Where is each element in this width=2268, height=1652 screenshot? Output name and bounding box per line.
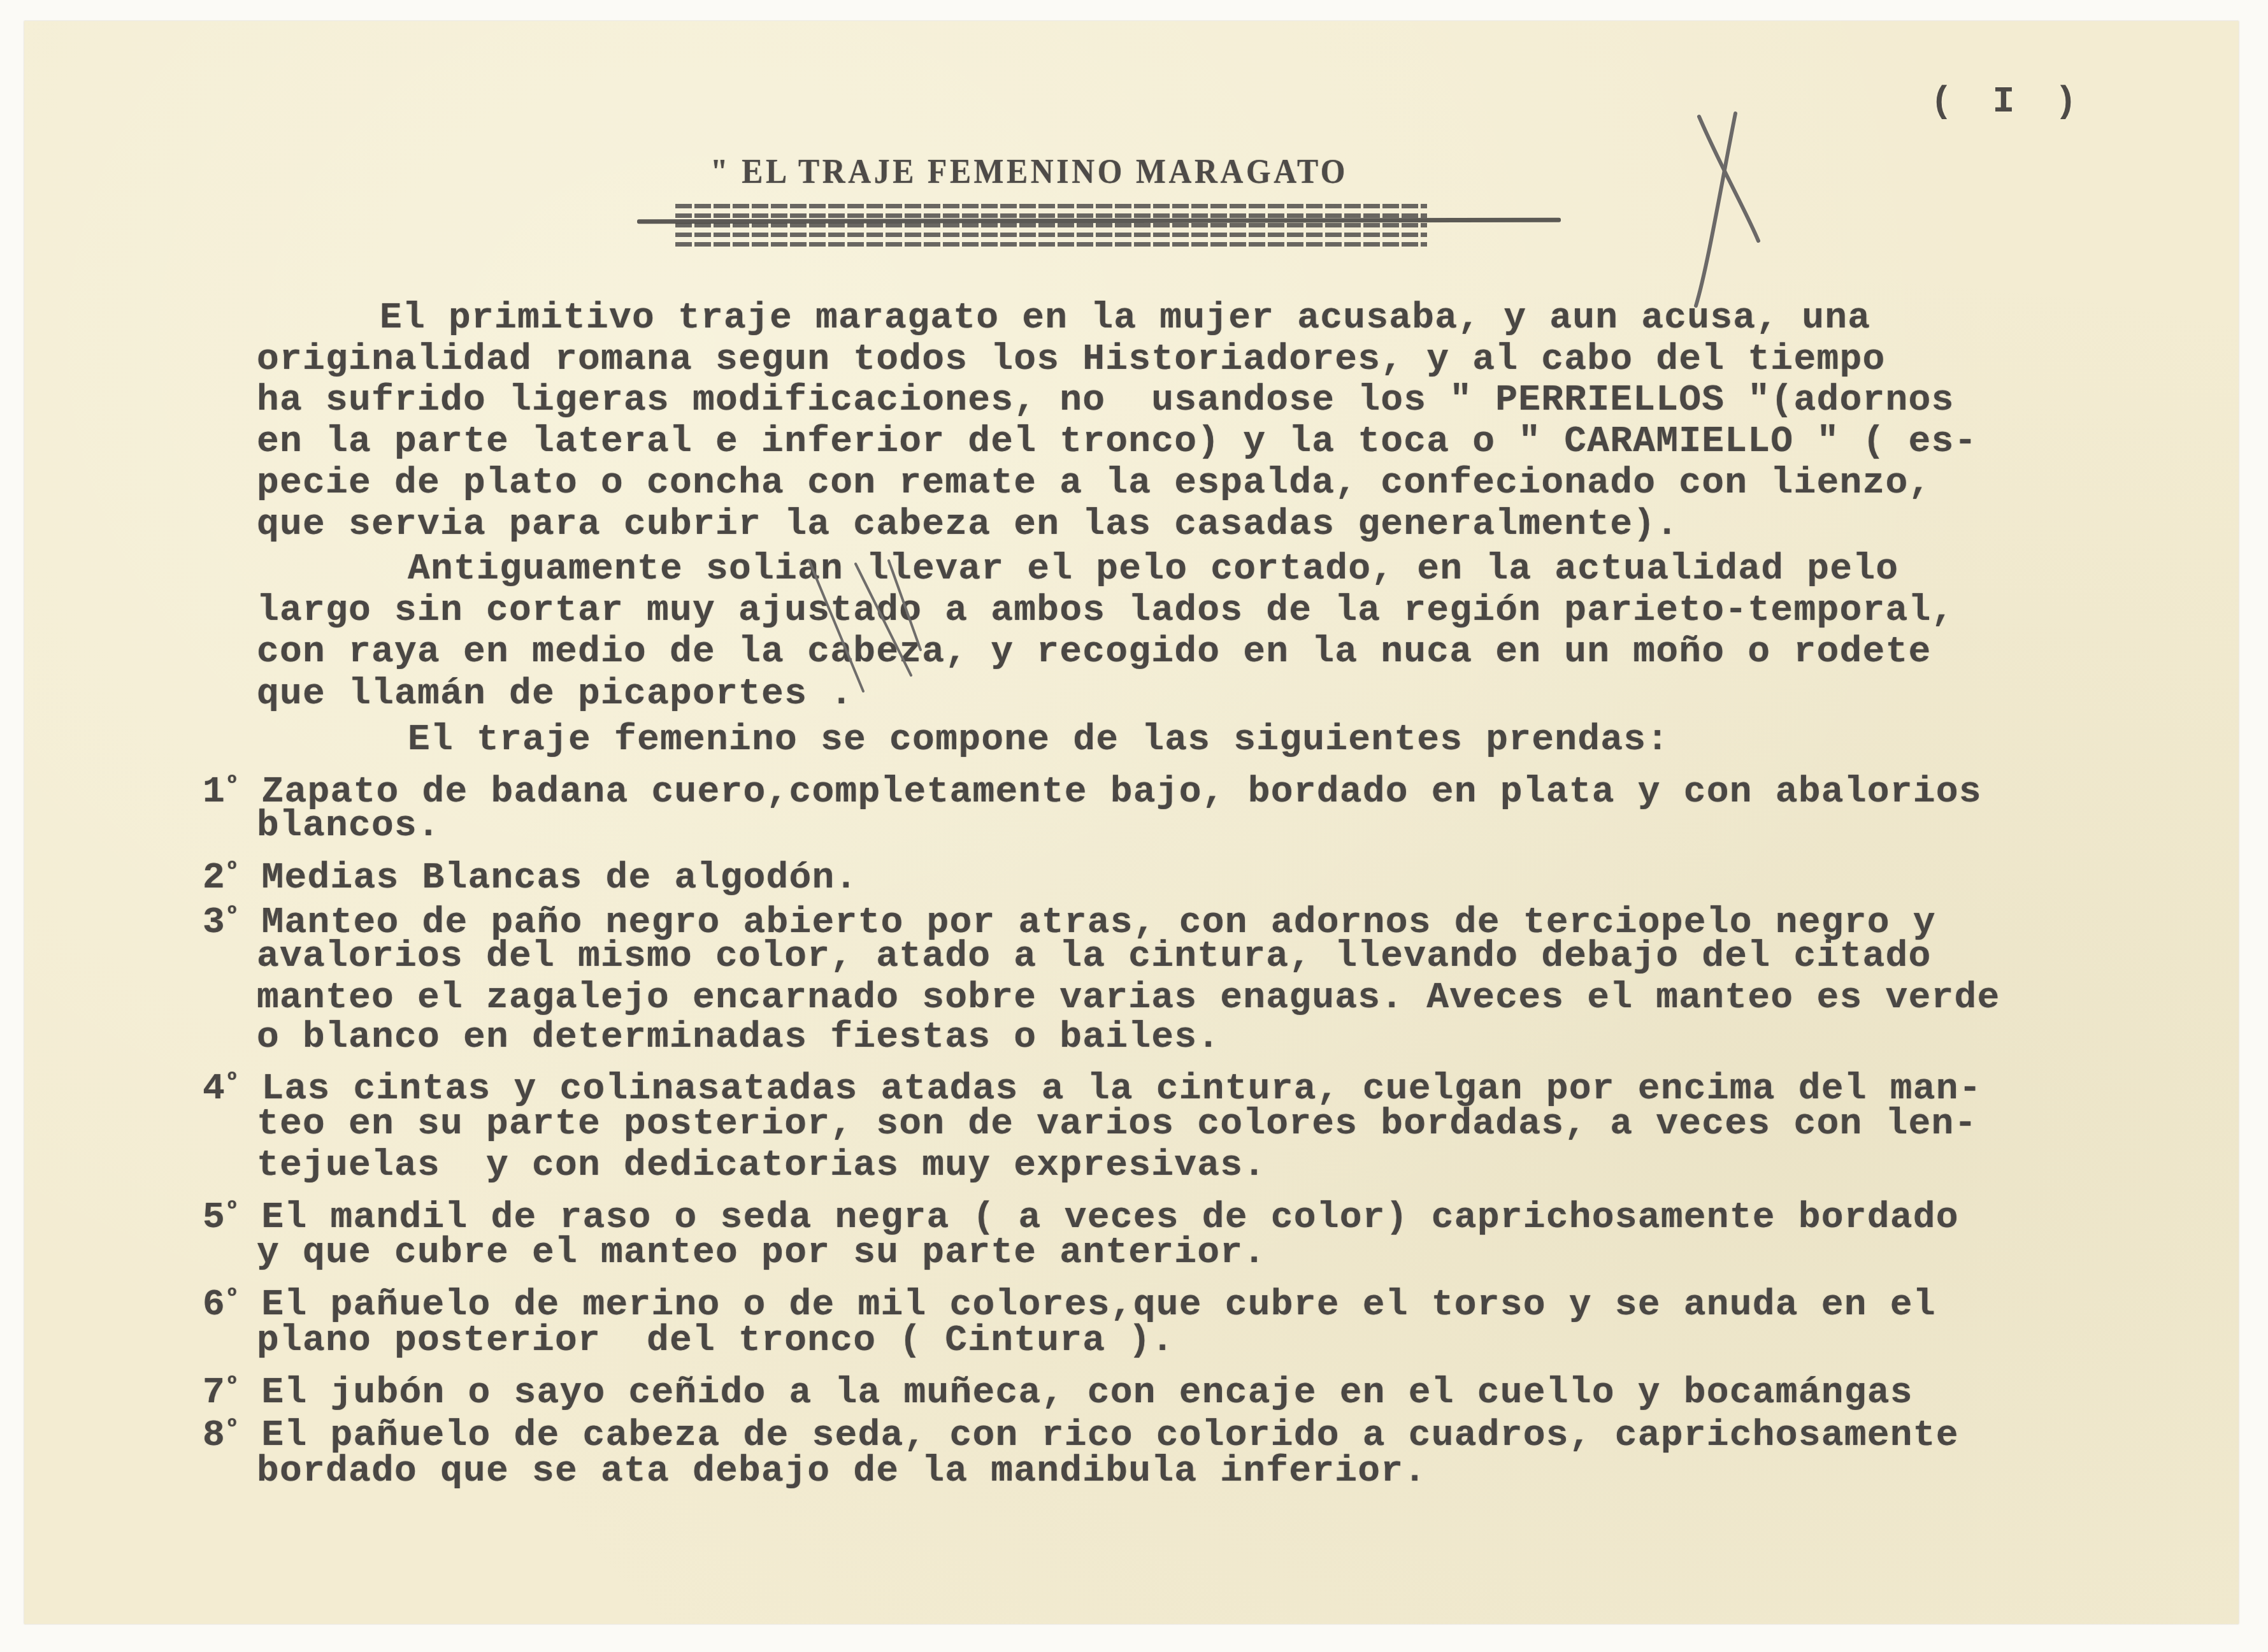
item-number: 5 — [203, 1197, 226, 1239]
list-item-8-cont: bordado que se ata debajo de la mandibul… — [257, 1451, 1426, 1492]
list-item-3-cont-1: avalorios del mismo color, atado a la ci… — [257, 937, 1931, 977]
list-item-1: 1º Zapato de badana cuero,completamente … — [203, 765, 1982, 813]
list-item-3-cont-3: o blanco en determinadas fiestas o baile… — [257, 1017, 1220, 1058]
hair-line-2: largo sin cortar muy ajustado a ambos la… — [257, 591, 1954, 631]
list-item-6: 6º El pañuelo de merino o de mil colores… — [203, 1277, 1936, 1326]
hair-line-1: Antiguamente solian llevar el pelo corta… — [408, 549, 1898, 590]
item-number: 3 — [203, 902, 226, 944]
item-text: Zapato de badana cuero,completamente baj… — [261, 772, 1981, 813]
hair-line-3: con raya en medio de la cabeza, y recogi… — [257, 632, 1931, 673]
intro-line-5: pecie de plato o concha con remate a la … — [257, 463, 1931, 504]
ordinal-mark: º — [226, 1070, 238, 1094]
ordinal-mark: º — [226, 903, 238, 928]
list-item-8: 8º El pañuelo de cabeza de seda, con ric… — [203, 1408, 1959, 1456]
ordinal-mark: º — [226, 1286, 238, 1310]
intro-line-1: El primitivo traje maragato en la mujer … — [380, 298, 1870, 339]
ordinal-mark: º — [226, 859, 238, 883]
list-item-5-cont: y que cubre el manteo por su parte anter… — [257, 1233, 1266, 1274]
item-number: 8 — [203, 1415, 226, 1456]
list-item-5: 5º El mandil de raso o seda negra ( a ve… — [203, 1190, 1959, 1239]
list-item-3-cont-2: manteo el zagalejo encarnado sobre varia… — [257, 978, 2000, 1019]
list-item-4-cont-1: teo en su parte posterior, son de varios… — [257, 1104, 1977, 1145]
ordinal-mark: º — [226, 773, 238, 797]
list-item-4: 4º Las cintas y colinasatadas atadas a l… — [203, 1061, 1982, 1110]
intro-line-4: en la parte lateral e inferior del tronc… — [257, 422, 1977, 463]
list-item-4-cont-2: tejuelas y con dedicatorias muy expresiv… — [257, 1146, 1266, 1186]
intro-line-2: originalidad romana segun todos los Hist… — [257, 340, 1885, 380]
item-number: 4 — [203, 1068, 226, 1110]
hair-line-4: que llamán de picaportes . — [257, 674, 853, 715]
item-number: 1 — [203, 772, 226, 813]
garments-intro: El traje femenino se compone de las sigu… — [408, 720, 1669, 761]
list-item-1-cont: blancos. — [257, 806, 440, 847]
title-underline-dashes — [675, 204, 1427, 251]
item-number: 2 — [203, 858, 226, 899]
list-item-7: 7º El jubón o sayo ceñido a la muñeca, c… — [203, 1365, 1913, 1414]
list-item-6-cont: plano posterior del tronco ( Cintura ). — [257, 1321, 1174, 1361]
item-number: 6 — [203, 1284, 226, 1326]
item-text: Medias Blancas de algodón. — [261, 858, 858, 899]
ordinal-mark: º — [226, 1198, 238, 1223]
ordinal-mark: º — [226, 1374, 238, 1398]
document-title: " EL TRAJE FEMENINO MARAGATO — [710, 152, 1348, 191]
intro-line-3: ha sufrido ligeras modificaciones, no us… — [257, 380, 1954, 421]
page-number: ( I ) — [1930, 82, 2086, 123]
list-item-2: 2º Medias Blancas de algodón. — [203, 851, 858, 899]
intro-line-6: que servia para cubrir la cabeza en las … — [257, 505, 1679, 545]
ordinal-mark: º — [226, 1416, 238, 1440]
